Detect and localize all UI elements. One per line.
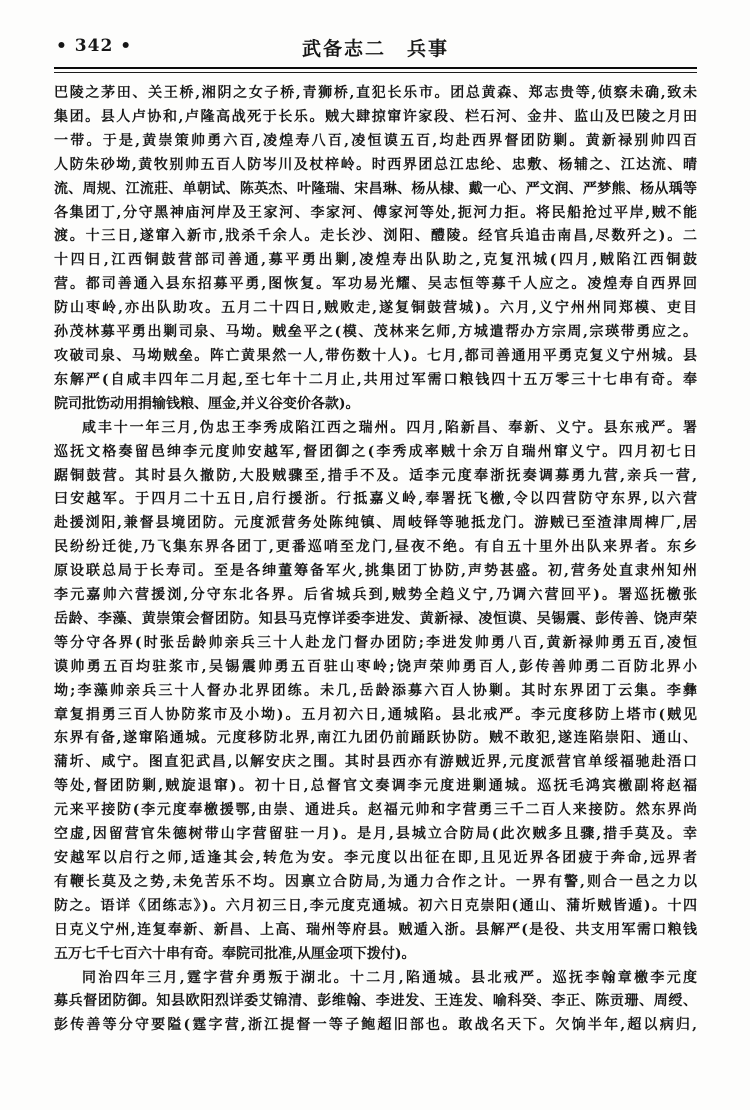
text-line: 防之。语详《团练志》)。六月初三日,李元度克通城。初六日克崇阳(通山、蒲圻贼皆遁… bbox=[54, 895, 697, 919]
text-line: 募兵督团防御。知县欧阳烈详委艾锦清、彭维翰、李进发、王连发、喻科癸、李正、陈贡珊… bbox=[54, 990, 697, 1014]
text-line: 五万七千七百六十串有奇。奉院司批准,从厘金项下拨付)。 bbox=[54, 943, 697, 967]
text-line: 等处,督团防剿,贼旋退窜)。初十日,总督官文奏调李元度进剿通城。巡抚毛鸿宾檄副将… bbox=[54, 775, 697, 799]
text-line: 章复捐勇三百人协防浆市及小坳)。五月初六日,通城陷。县北戒严。李元度移防上塔市(… bbox=[54, 704, 697, 728]
text-line: 安越军以启行之师,适逢其会,转危为安。李元度以出征在即,且见近界各团疲于奔命,远… bbox=[54, 847, 697, 871]
page-number: • 342 • bbox=[56, 36, 132, 56]
text-line: 一带。于是,黄崇策帅勇六百,凌煌寿八百,凌恒谟五百,均赴西界督团防剿。黄新禄别帅… bbox=[54, 130, 697, 154]
text-line: 谟帅勇五百均驻浆市,吴锡震帅勇五百驻山枣岭;饶声荣帅勇百人,彭传善帅勇二百防北界… bbox=[54, 656, 697, 680]
text-line: 李元嘉帅六营援浏,分守东北各界。后省城兵到,贼势全趋义宁,乃调六营回平)。署巡抚… bbox=[54, 584, 697, 608]
text-line: 流、周规、江流莊、单朝试、陈英杰、叶隆瑞、宋昌琳、杨从棣、戴一心、严文润、严梦熊… bbox=[54, 178, 697, 202]
text-line: 元来平接防(李元度奉檄援鄂,由崇、通进兵。赵福元帅和字营勇三千二百人来接防。然东… bbox=[54, 799, 697, 823]
page-header: • 342 • 武备志二 兵事 bbox=[54, 34, 697, 60]
running-title: 武备志二 兵事 bbox=[54, 34, 697, 61]
body-text: 巴陵之茅田、关王桥,湘阴之女子桥,青狮桥,直犯长乐市。团总黄森、郑志贵等,侦察未… bbox=[54, 82, 697, 1038]
text-line: 东解严(自咸丰四年二月起,至七年十二月止,共用过军需口粮钱四十五万零三十七串有奇… bbox=[54, 369, 697, 393]
text-line: 坳;李藻帅亲兵三十人督办北界团练。未几,岳龄添募六百人协剿。其时东界团丁云集。李… bbox=[54, 680, 697, 704]
text-line: 孙茂林募平勇出剿司泉、马坳。贼垒平之(模、茂林来乞师,方城遣帮办方宗周,宗瑛带勇… bbox=[54, 321, 697, 345]
text-line: 院司批饬动用捐输钱粮、厘金,并义谷变价各款)。 bbox=[54, 393, 697, 417]
text-line: 各集团丁,分守黑神庙河岸及王家河、李家河、傅家河等处,扼河力拒。将民船抢过平岸,… bbox=[54, 202, 697, 226]
text-line: 咸丰十一年三月,伪忠王李秀成陷江西之瑞州。四月,陷新昌、奉新、义宁。县东戒严。署 bbox=[54, 417, 697, 441]
text-line: 攻破司泉、马坳贼垒。阵亡黄果然一人,带伤数十人)。七月,都司善通用平勇克复义宁州… bbox=[54, 345, 697, 369]
text-line: 日克义宁州,连复奉新、新昌、上高、瑞州等府县。贼遁入浙。县解严(是役、共支用军需… bbox=[54, 919, 697, 943]
text-line: 渡。十三日,遂窜入新市,戕杀千余人。走长沙、浏阳、醴陵。经官兵追击南昌,尽数歼之… bbox=[54, 225, 697, 249]
text-line: 赴援浏阳,兼督县境团防。元度派营务处陈纯镇、周岐铎等驰抵龙门。游贼已至渣津周椑厂… bbox=[54, 512, 697, 536]
text-line: 有鞭长莫及之势,未免苦乐不均。因禀立合防局,为通力合作之计。一界有警,则合一邑之… bbox=[54, 871, 697, 895]
text-line: 巡抚文格奏留邑绅李元度帅安越军,督团御之(李秀成率贼十余万自瑞州窜义宁。四月初七… bbox=[54, 441, 697, 465]
text-line: 东界有备,遂窜陷通城。元度移防北界,南江九团仍前踊跃协防。贼不敢犯,遂连陷崇阳、… bbox=[54, 727, 697, 751]
text-line: 踞铜鼓营。其时县久撤防,大股贼骤至,措手不及。适李元度奉浙抚奏调募勇九营,亲兵一… bbox=[54, 465, 697, 489]
text-line: 巴陵之茅田、关王桥,湘阴之女子桥,青狮桥,直犯长乐市。团总黄森、郑志贵等,侦察未… bbox=[54, 82, 697, 106]
text-line: 蒲圻、咸宁。图直犯武昌,以解安庆之围。其时县西亦有游贼近界,元度派营官单绥福驰赴… bbox=[54, 751, 697, 775]
text-line: 彭传善等分守要隘(霆字营,浙江提督一等子鲍超旧部也。敢战名天下。欠饷半年,超以病… bbox=[54, 1014, 697, 1038]
paragraph: 咸丰十一年三月,伪忠王李秀成陷江西之瑞州。四月,陷新昌、奉新、义宁。县东戒严。署… bbox=[54, 417, 697, 967]
paragraph: 巴陵之茅田、关王桥,湘阴之女子桥,青狮桥,直犯长乐市。团总黄森、郑志贵等,侦察未… bbox=[54, 82, 697, 417]
text-line: 原设联总局于长寿司。至是各绅董筹备军火,挑集团丁协防,声势甚盛。初,营务处直隶州… bbox=[54, 560, 697, 584]
text-line: 防山枣岭,亦出队助攻。五月二十四日,贼败走,遂复铜鼓营城)。六月,义宁州州同郑模… bbox=[54, 297, 697, 321]
header-rule bbox=[54, 67, 697, 73]
text-line: 同治四年三月,霆字营弁勇叛于湖北。十二月,陷通城。县北戒严。巡抚李翰章檄李元度 bbox=[54, 967, 697, 991]
text-line: 等分守各界(时张岳龄帅亲兵三十人赴龙门督办团防;李进发帅勇八百,黄新禄帅勇五百,… bbox=[54, 632, 697, 656]
text-line: 集团。县人卢协和,卢隆高战死于长乐。贼大肆掠窜许家段、栏石河、金井、监山及巴陵之… bbox=[54, 106, 697, 130]
text-line: 人防朱砂坳,黄牧别帅五百人防岑川及杖梓岭。时西界团总江忠纶、忠敷、杨辅之、江达流… bbox=[54, 154, 697, 178]
text-line: 曰安越军。于四月二十五日,启行援浙。行抵嘉义岭,奉署抚飞檄,令以四营防守东界,以… bbox=[54, 488, 697, 512]
text-line: 民纷纷迁徙,乃飞集东界各团丁,更番巡哨至龙门,昼夜不绝。有自五十里外出队来界者。… bbox=[54, 536, 697, 560]
text-line: 空虚,因留营官朱德树带山字营留驻一月)。是月,县城立合防局(此次贼多且骤,措手莫… bbox=[54, 823, 697, 847]
text-line: 十四日,江西铜鼓营部司善通,募平勇出剿,凌煌寿出队助之,克复汛城(四月,贼陷江西… bbox=[54, 249, 697, 273]
book-page: • 342 • 武备志二 兵事 巴陵之茅田、关王桥,湘阴之女子桥,青狮桥,直犯长… bbox=[0, 0, 750, 1110]
paragraph: 同治四年三月,霆字营弁勇叛于湖北。十二月,陷通城。县北戒严。巡抚李翰章檄李元度募… bbox=[54, 967, 697, 1039]
text-line: 营。都司善通入县东招募平勇,图恢复。军功易光耀、吴志恒等募千人应之。凌煌寿自西界… bbox=[54, 273, 697, 297]
text-line: 岳龄、李藻、黄崇策会督团防。知县马克惇详委李进发、黄新禄、凌恒谟、吴锡震、彭传善… bbox=[54, 608, 697, 632]
